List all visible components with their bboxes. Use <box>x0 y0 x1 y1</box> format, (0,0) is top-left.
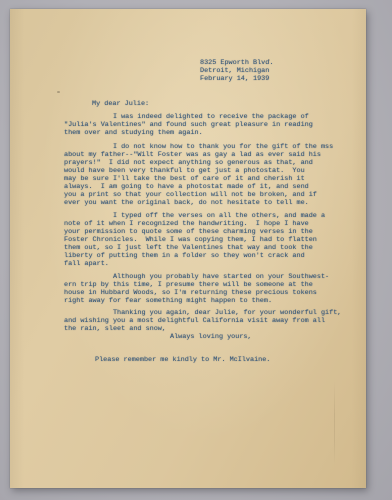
photo-background: 8325 Epworth Blvd. Detroit, Michigan Feb… <box>0 0 392 500</box>
body-paragraph-3: I typed off the verses on all the others… <box>64 212 325 268</box>
letter-paper: 8325 Epworth Blvd. Detroit, Michigan Feb… <box>10 9 366 488</box>
body-paragraph-2: I do not know how to thank you for the g… <box>64 143 333 207</box>
complimentary-closing: Always loving yours, <box>170 333 252 341</box>
body-paragraph-5: Thanking you again, dear Julie, for your… <box>64 309 341 333</box>
body-paragraph-4: Although you probably have started on yo… <box>64 273 329 305</box>
postscript-line: Please remember me kindly to Mr. McIlvai… <box>95 356 270 364</box>
sender-address-date-block: 8325 Epworth Blvd. Detroit, Michigan Feb… <box>200 59 273 83</box>
body-paragraph-1: I was indeed delighted to receive the pa… <box>64 113 313 137</box>
paper-crease <box>334 381 335 465</box>
salutation: My dear Julie: <box>92 100 149 108</box>
paper-speck <box>57 91 60 93</box>
